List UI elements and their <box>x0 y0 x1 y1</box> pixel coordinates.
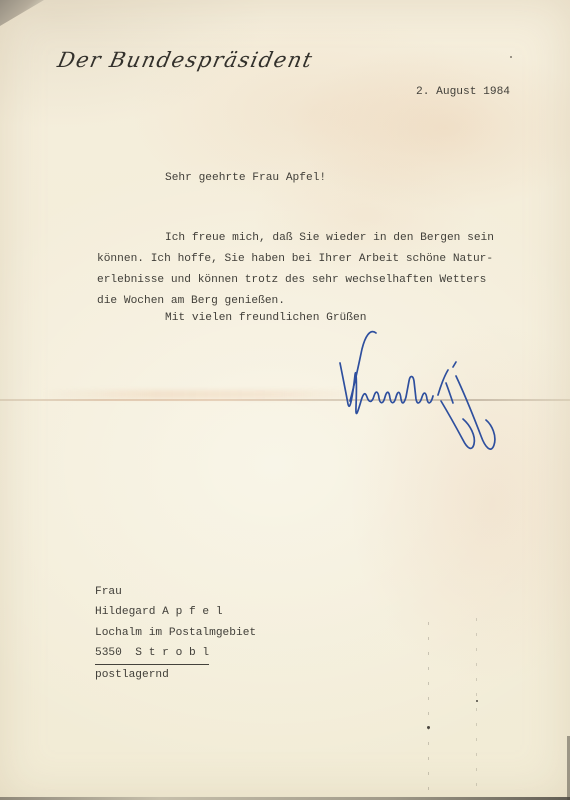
vertical-crease <box>428 622 429 798</box>
letterhead-script: Der Bundespräsident <box>55 48 315 72</box>
body-line: erlebnisse und können trotz des sehr wec… <box>97 270 517 291</box>
recipient-line: Hildegard A p f e l <box>95 602 256 622</box>
signature-icon <box>310 323 500 463</box>
letter-body: Ich freue mich, daß Sie wieder in den Be… <box>97 228 517 312</box>
recipient-line: Frau <box>95 582 256 602</box>
paper-speck <box>510 56 512 58</box>
body-line: können. Ich hoffe, Sie haben bei Ihrer A… <box>97 249 517 270</box>
vertical-crease <box>476 618 477 798</box>
recipient-line: Lochalm im Postalmgebiet <box>95 623 256 643</box>
body-line: die Wochen am Berg genießen. <box>97 291 517 312</box>
postal-code-city: 5350 S t r o b l <box>95 643 209 665</box>
recipient-line: postlagernd <box>95 665 256 685</box>
letter-page: Der Bundespräsident 2. August 1984 Sehr … <box>0 0 570 800</box>
paper-speck <box>427 726 430 729</box>
scan-corner-shadow <box>0 0 44 26</box>
recipient-line-underlined: 5350 S t r o b l <box>95 643 256 665</box>
paper-speck <box>476 700 478 702</box>
salutation: Sehr geehrte Frau Apfel! <box>165 172 326 184</box>
recipient-address: Frau Hildegard A p f e l Lochalm im Post… <box>95 582 256 685</box>
body-line: Ich freue mich, daß Sie wieder in den Be… <box>97 228 517 249</box>
letter-date: 2. August 1984 <box>416 86 510 98</box>
